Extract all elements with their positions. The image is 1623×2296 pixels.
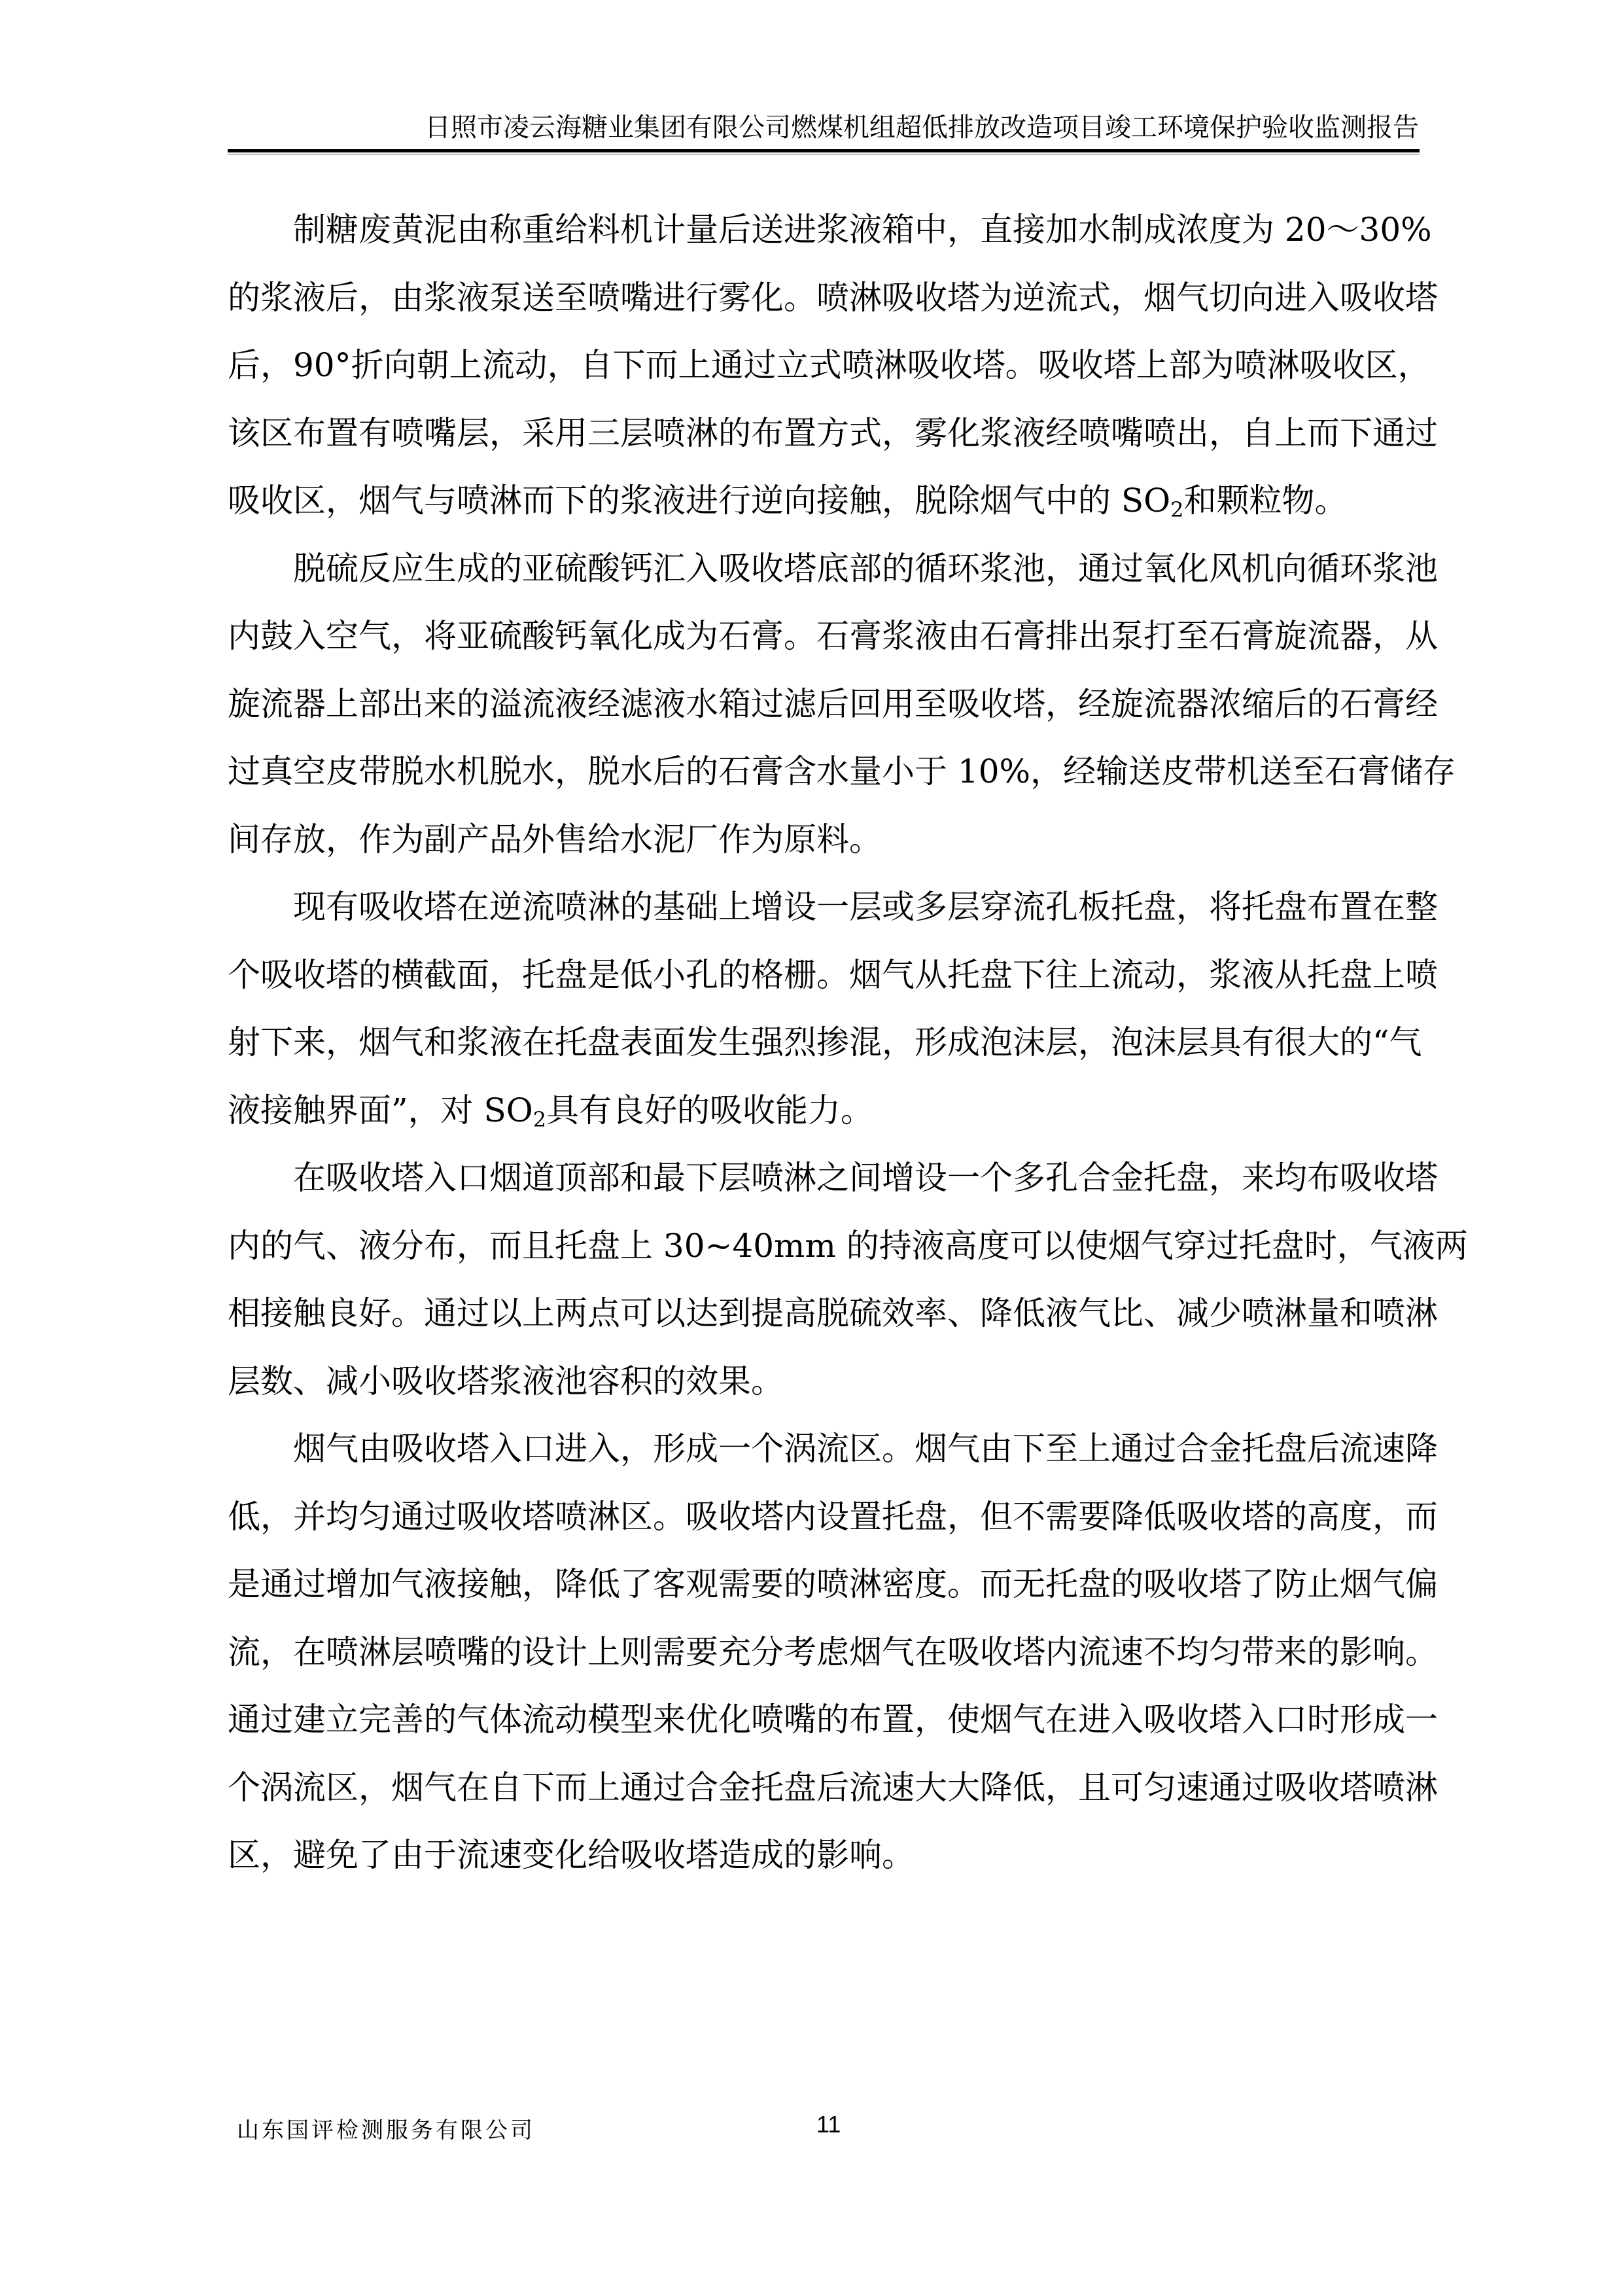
header-divider <box>228 149 1420 152</box>
text-line: 现有吸收塔在逆流喷淋的基础上增设一层或多层穿流孔板托盘，将托盘布置在整 <box>228 874 1421 942</box>
footer-company: 山东国评检测服务有限公司 <box>237 2112 535 2144</box>
text-line: 烟气由吸收塔入口进入，形成一个涡流区。烟气由下至上通过合金托盘后流速降 <box>228 1415 1421 1483</box>
text-line: 过真空皮带脱水机脱水，脱水后的石膏含水量小于 10%，经输送皮带机送至石膏储存 <box>228 738 1421 806</box>
text-fragment: 和颗粒物。 <box>1184 482 1348 520</box>
text-line: 区，避免了由于流速变化给吸收塔造成的影响。 <box>228 1822 1421 1890</box>
text-line: 制糖废黄泥由称重给料机计量后送进浆液箱中，直接加水制成浓度为 20～30% <box>228 196 1421 264</box>
text-line: 流，在喷淋层喷嘴的设计上则需要充分考虑烟气在吸收塔内流速不均匀带来的影响。 <box>228 1619 1421 1687</box>
text-line: 在吸收塔入口烟道顶部和最下层喷淋之间增设一个多孔合金托盘，来均布吸收塔 <box>228 1144 1421 1212</box>
text-line: 个吸收塔的横截面，托盘是低小孔的格栅。烟气从托盘下往上流动，浆液从托盘上喷 <box>228 942 1421 1010</box>
text-line: 是通过增加气液接触，降低了客观需要的喷淋密度。而无托盘的吸收塔了防止烟气偏 <box>228 1551 1421 1619</box>
paragraph-tray-design: 现有吸收塔在逆流喷淋的基础上增设一层或多层穿流孔板托盘，将托盘布置在整 个吸收塔… <box>228 874 1421 1144</box>
text-line: 该区布置有喷嘴层，采用三层喷淋的布置方式，雾化浆液经喷嘴喷出，自上而下通过 <box>228 400 1421 468</box>
page-number: 11 <box>816 2111 841 2138</box>
text-line: 的浆液后，由浆液泵送至喷嘴进行雾化。喷淋吸收塔为逆流式，烟气切向进入吸收塔 <box>228 264 1421 332</box>
document-body: 制糖废黄泥由称重给料机计量后送进浆液箱中，直接加水制成浓度为 20～30% 的浆… <box>228 196 1421 1890</box>
text-line: 后，90°折向朝上流动，自下而上通过立式喷淋吸收塔。吸收塔上部为喷淋吸收区， <box>228 332 1421 400</box>
text-line: 吸收区，烟气与喷淋而下的浆液进行逆向接触，脱除烟气中的 SO2和颗粒物。 <box>228 467 1421 535</box>
text-line: 内的气、液分布，而且托盘上 30~40mm 的持液高度可以使烟气穿过托盘时，气液… <box>228 1212 1421 1280</box>
paragraph-flue-gas-flow: 烟气由吸收塔入口进入，形成一个涡流区。烟气由下至上通过合金托盘后流速降 低，并均… <box>228 1415 1421 1890</box>
paragraph-alloy-tray: 在吸收塔入口烟道顶部和最下层喷淋之间增设一个多孔合金托盘，来均布吸收塔 内的气、… <box>228 1144 1421 1415</box>
text-fragment: 液接触界面”，对 SO <box>228 1091 533 1129</box>
text-fragment: 具有良好的吸收能力。 <box>546 1091 873 1129</box>
text-line: 旋流器上部出来的溢流液经滤液水箱过滤后回用至吸收塔，经旋流器浓缩后的石膏经 <box>228 671 1421 739</box>
text-line: 相接触良好。通过以上两点可以达到提高脱硫效率、降低液气比、减少喷淋量和喷淋 <box>228 1280 1421 1348</box>
text-line: 个涡流区，烟气在自下而上通过合金托盘后流速大大降低，且可匀速通过吸收塔喷淋 <box>228 1754 1421 1822</box>
text-line: 通过建立完善的气体流动模型来优化喷嘴的布置，使烟气在进入吸收塔入口时形成一 <box>228 1686 1421 1754</box>
subscript: 2 <box>1170 497 1183 522</box>
text-line: 间存放，作为副产品外售给水泥厂作为原料。 <box>228 806 1421 874</box>
text-line: 脱硫反应生成的亚硫酸钙汇入吸收塔底部的循环浆池，通过氧化风机向循环浆池 <box>228 535 1421 603</box>
running-header: 日照市凌云海糖业集团有限公司燃煤机组超低排放改造项目竣工环境保护验收监测报告 <box>228 111 1419 152</box>
paragraph-gypsum-process: 脱硫反应生成的亚硫酸钙汇入吸收塔底部的循环浆池，通过氧化风机向循环浆池 内鼓入空… <box>228 535 1421 874</box>
text-line: 低，并均匀通过吸收塔喷淋区。吸收塔内设置托盘，但不需要降低吸收塔的高度，而 <box>228 1483 1421 1551</box>
header-divider-thin <box>228 154 1420 154</box>
text-line: 内鼓入空气，将亚硫酸钙氧化成为石膏。石膏浆液由石膏排出泵打至石膏旋流器，从 <box>228 603 1421 671</box>
paragraph-slurry-preparation: 制糖废黄泥由称重给料机计量后送进浆液箱中，直接加水制成浓度为 20～30% 的浆… <box>228 196 1421 535</box>
text-fragment: 吸收区，烟气与喷淋而下的浆液进行逆向接触，脱除烟气中的 SO <box>228 482 1170 520</box>
text-line: 层数、减小吸收塔浆液池容积的效果。 <box>228 1348 1421 1416</box>
text-line: 射下来，烟气和浆液在托盘表面发生强烈掺混，形成泡沫层，泡沫层具有很大的“气 <box>228 1009 1421 1077</box>
subscript: 2 <box>533 1107 546 1132</box>
text-line: 液接触界面”，对 SO2具有良好的吸收能力。 <box>228 1077 1421 1145</box>
